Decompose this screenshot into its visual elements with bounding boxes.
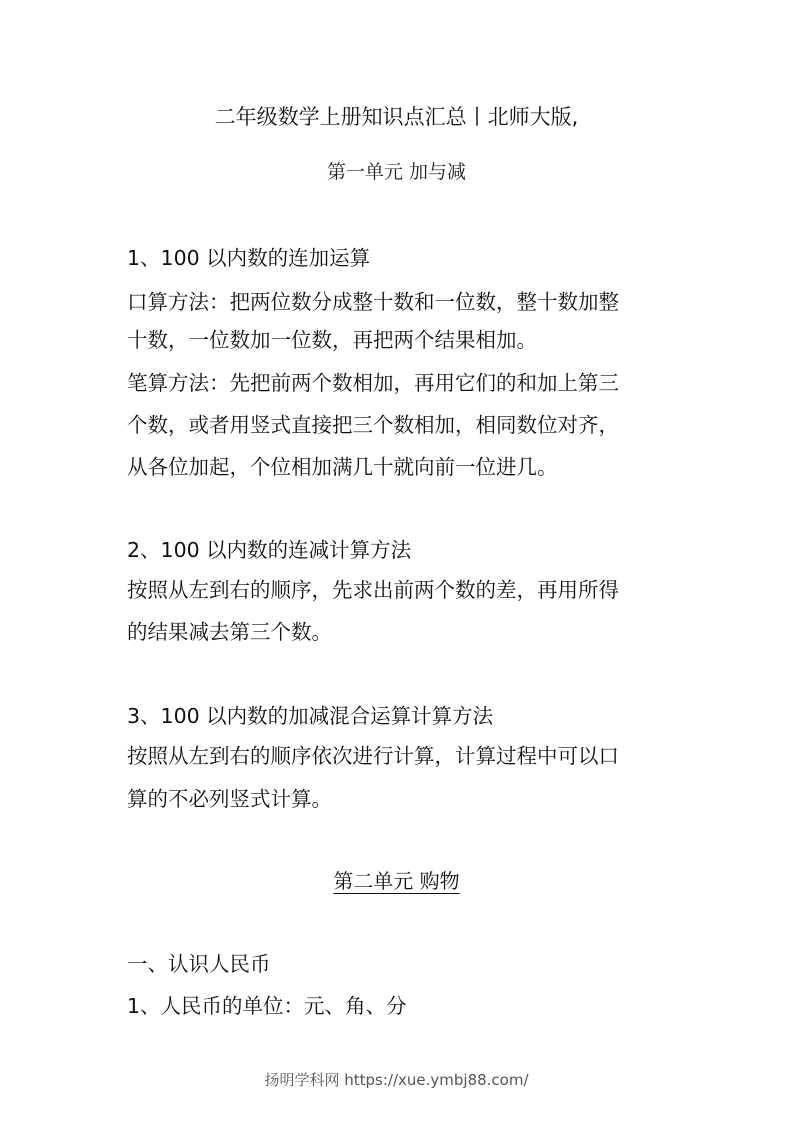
paragraph-line: 十数，一位数加一位数，再把两个结果相加。 xyxy=(127,325,687,355)
paragraph-line: 从各位加起，个位相加满几十就向前一位进几。 xyxy=(127,452,687,482)
section-heading-1: 1、100 以内数的连加运算 xyxy=(127,243,687,273)
paragraph-line: 个数，或者用竖式直接把三个数相加，相同数位对齐， xyxy=(127,410,687,440)
section-heading-2: 2、100 以内数的连减计算方法 xyxy=(127,535,687,565)
unit-2-title-text: 第二单元 购物 xyxy=(333,869,459,893)
paragraph-line: 口算方法：把两位数分成整十数和一位数，整十数加整 xyxy=(127,287,687,317)
document-title: 二年级数学上册知识点汇总丨北师大版, xyxy=(0,102,793,132)
section-heading-3: 3、100 以内数的加减混合运算计算方法 xyxy=(127,701,687,731)
paragraph-line: 笔算方法：先把前两个数相加，再用它们的和加上第三 xyxy=(127,368,687,398)
paragraph-line: 的结果减去第三个数。 xyxy=(127,617,687,647)
paragraph-line: 算的不必列竖式计算。 xyxy=(127,784,687,814)
unit-2-title: 第二单元 购物 xyxy=(0,866,793,896)
unit-1-title: 第一单元 加与减 xyxy=(0,158,793,186)
paragraph-line: 按照从左到右的顺序依次进行计算，计算过程中可以口 xyxy=(127,741,687,771)
section-heading-unit2-1: 一、认识人民币 xyxy=(127,949,687,979)
paragraph-line: 按照从左到右的顺序，先求出前两个数的差，再用所得 xyxy=(127,575,687,605)
paragraph-line: 1、人民币的单位：元、角、分 xyxy=(127,991,687,1021)
page-footer: 扬明学科网 https://xue.ymbj88.com/ xyxy=(0,1069,793,1091)
document-page: 二年级数学上册知识点汇总丨北师大版, 第一单元 加与减 1、100 以内数的连加… xyxy=(0,0,793,1122)
